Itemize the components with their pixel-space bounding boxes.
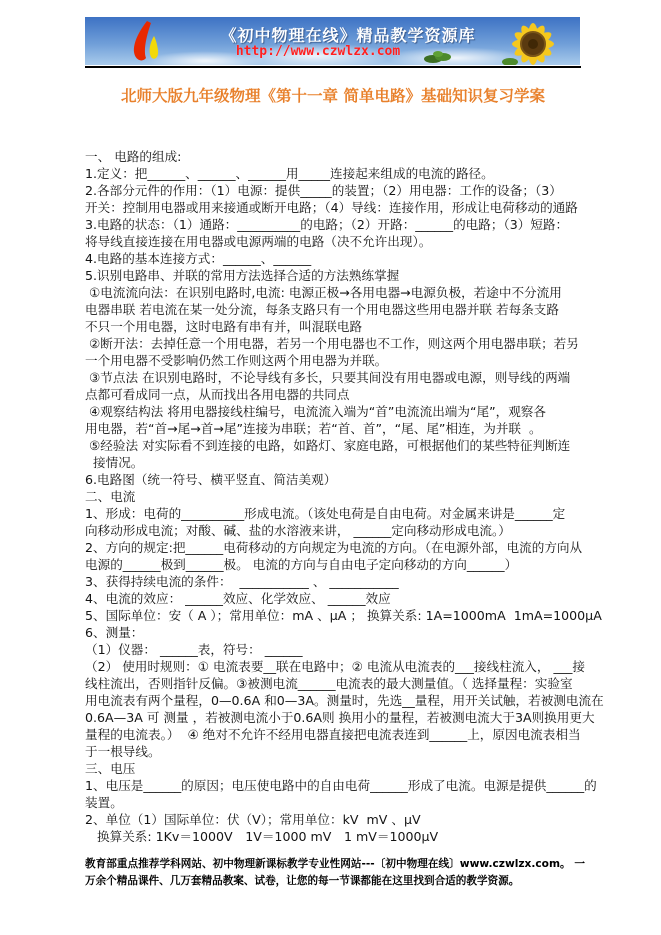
text-line: 2、单位（1）国际单位：伏（V）；常用单位：kV mV 、μV: [85, 811, 591, 828]
document-page: 《初中物理在线》精品教学资源库 http://www.czwlzx.com: [0, 0, 661, 935]
text-line: 5、国际单位：安（ A ）；常用单位：mA 、μA ； 换算关系: 1A=100…: [85, 607, 591, 624]
text-line: 将导线直接连接在用电器或电源两端的电路（决不允许出现）。: [85, 233, 591, 250]
text-line: 5.识别电路串、并联的常用方法选择合适的方法熟练掌握: [85, 267, 591, 284]
text-line: 换算关系: 1Kv＝1000V 1V＝1000 mV 1 mV＝1000μV: [85, 828, 591, 845]
text-line: （2） 使用时规则：① 电流表要__联在电路中；② 电流从电流表的___接线柱流…: [85, 658, 591, 675]
text-line: 3.电路的状态：（1）通路：__________的电路；（2）开路：______…: [85, 216, 591, 233]
footer-text: 教育部重点推荐学科网站、初中物理新课标教学专业性网站---〔初中物理在线〕www…: [85, 856, 585, 889]
text-line: 电器串联 若电流在某一处分流，每条支路只有一个用电器这些用电器并联 若每条支路: [85, 301, 591, 318]
text-line: 1.定义：把______、______、______用_____连接起来组成的电…: [85, 165, 591, 182]
text-line: 电源的______极到______极。 电流的方向与自由电子定向移动的方向___…: [85, 556, 591, 573]
text-line: 6、测量：: [85, 624, 591, 641]
text-line: 一、 电路的组成:: [85, 148, 591, 165]
text-line: ③节点法 在识别电路时，不论导线有多长，只要其间没有用电器或电源，则导线的两端: [85, 369, 591, 386]
text-line: 2.各部分元件的作用：（1）电源：提供_____的装置；（2）用电器：工作的设备…: [85, 182, 591, 199]
text-line: （1）仪器： ______表，符号： ______: [85, 641, 591, 658]
text-line: ⑤经验法 对实际看不到连接的电路，如路灯、家庭电路，可根据他们的某些特征判断连: [85, 437, 591, 454]
text-line: 装置。: [85, 794, 591, 811]
sunflower-icon: [498, 20, 568, 65]
site-name: 《初中物理在线》精品教学资源库: [203, 23, 493, 46]
page-title: 北师大版九年级物理《第十一章 简单电路》基础知识复习学案: [80, 84, 586, 106]
site-url: http://www.czwlzx.com: [203, 44, 433, 59]
site-logo-icon: [123, 20, 165, 65]
text-line: 接情况。: [85, 454, 591, 471]
text-line: ④观察结构法 将用电器接线柱编号，电流流入端为“首”电流流出端为“尾”，观察各: [85, 403, 591, 420]
text-line: 不只一个用电器，这时电路有串有并，叫混联电路: [85, 318, 591, 335]
text-line: 1、电压是______的原因；电压使电路中的自由电荷______形成了电流。电源…: [85, 777, 591, 794]
text-line: 向移动形成电流；对酸、碱、盐的水溶液来讲， ______定向移动形成电流。）: [85, 522, 591, 539]
text-line: 点都可看成同一点，从而找出各用电器的共同点: [85, 386, 591, 403]
text-line: 4、电流的效应： ______效应、化学效应、 ______效应: [85, 590, 591, 607]
text-line: 用电流表有两个量程，0—0.6A 和0—3A。测量时，先选__量程，用开关试触，…: [85, 692, 591, 709]
text-line: 用电器，若“首→尾→首→尾”连接为串联；若“首、首”，“尾、尾”相连，为并联 。: [85, 420, 591, 437]
text-line: 2、方向的规定:把______电荷移动的方向规定为电流的方向。（在电源外部，电流…: [85, 539, 591, 556]
header-banner: 《初中物理在线》精品教学资源库 http://www.czwlzx.com: [85, 17, 580, 65]
text-line: 开关：控制用电器或用来接通或断开电路；（4）导线：连接作用，形成让电荷移动的通路: [85, 199, 591, 216]
header-divider: [85, 66, 581, 68]
text-line: 于一根导线。: [85, 743, 591, 760]
text-line: 4.电路的基本连接方式：______、______: [85, 250, 591, 267]
text-line: 0.6A—3A 可 测量 ，若被测电流小于0.6A则 换用小的量程，若被测电流大…: [85, 709, 591, 726]
text-line: 二、电流: [85, 488, 591, 505]
text-line: ②断开法：去掉任意一个用电器，若另一个用电器也不工作，则这两个用电器串联；若另: [85, 335, 591, 352]
text-line: 量程的电流表。） ④ 绝对不允许不经用电器直接把电流表连到______上，原因电…: [85, 726, 591, 743]
text-line: 三、电压: [85, 760, 591, 777]
text-line: ①电流流向法：在识别电路时,电流: 电源正极→各用电器→电源负极，若途中不分流用: [85, 284, 591, 301]
text-line: 1、形成：电荷的__________形成电流。（该处电荷是自由电荷。对金属来讲是…: [85, 505, 591, 522]
text-line: 6.电路图（统一符号、横平竖直、简洁美观）: [85, 471, 591, 488]
text-line: 线柱流出，否则指针反偏。③被测电流______电流表的最大测量值。（ 选择量程：…: [85, 675, 591, 692]
text-line: 3、获得持续电流的条件： ___________ 、 ___________: [85, 573, 591, 590]
document-body: 一、 电路的组成:1.定义：把______、______、______用____…: [85, 148, 591, 845]
text-line: 一个用电器不受影响仍然工作则这两个用电器为并联。: [85, 352, 591, 369]
plant-icon: [423, 47, 457, 65]
